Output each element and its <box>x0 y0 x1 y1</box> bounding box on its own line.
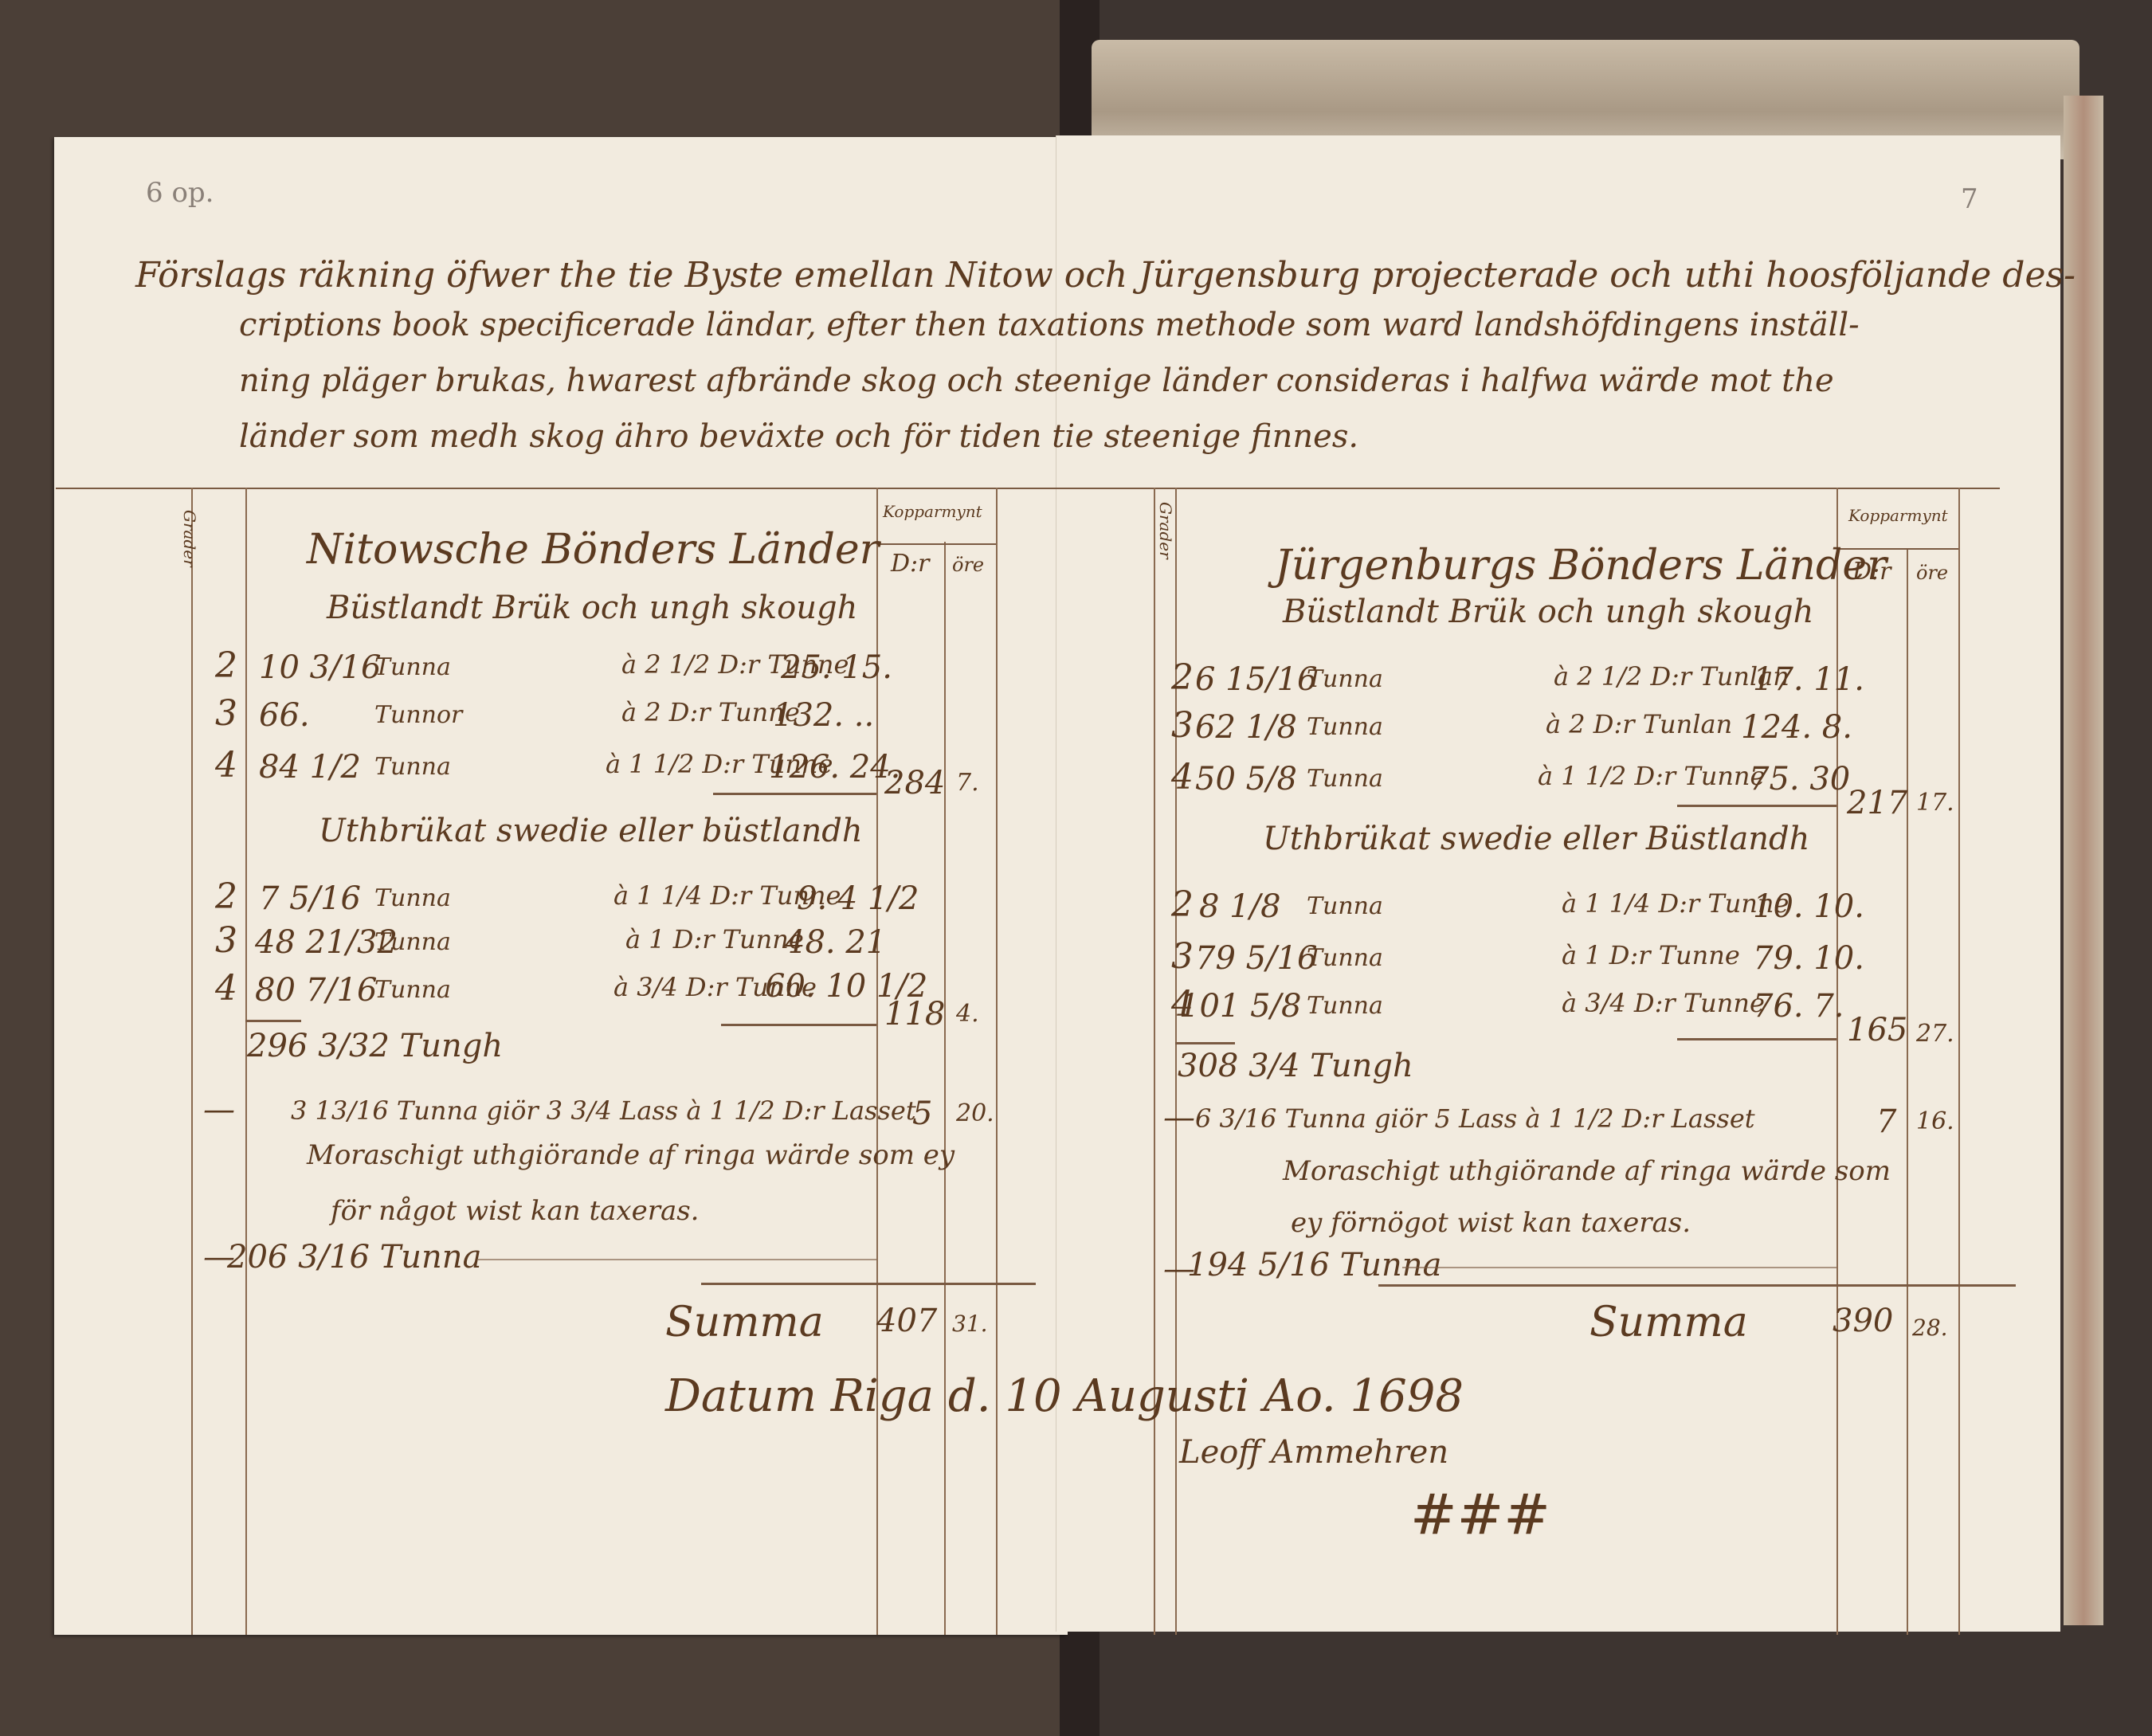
heading-line-1: Förslags räkning öfwer the tie Byste eme… <box>135 255 2076 296</box>
left-grade-column-line <box>191 488 193 1635</box>
right-s1-amount: 17. 11. <box>1753 661 1864 698</box>
left-s2-amount: 48. 21 <box>785 924 886 961</box>
left-s1-amount: 132. .. <box>773 697 874 734</box>
right-s2-grade: 3 <box>1171 936 1194 977</box>
right-s2-qty: 79 5/16 <box>1195 940 1317 977</box>
left-ore-column-line <box>944 542 946 1635</box>
right-value-header: Kopparmynt <box>1848 506 1948 525</box>
left-s1-grade: 2 <box>215 645 237 686</box>
right-s1-qty: 62 1/8 <box>1195 709 1297 746</box>
right-s1-qty: 50 5/8 <box>1195 761 1297 797</box>
left-total-land: 296 3/32 Tungh <box>247 1028 503 1064</box>
left-s1-grade: 4 <box>215 745 237 786</box>
right-summa-ore: 28. <box>1912 1315 1948 1341</box>
left-s2-unit: Tunna <box>374 976 451 1004</box>
left-s2-grade: 2 <box>215 876 237 917</box>
left-s1-unit: Tunna <box>374 653 451 681</box>
left-s1-subtotal-rule <box>713 793 876 795</box>
heading-line-3: ning pläger brukas, hwarest afbrände sko… <box>239 362 1834 399</box>
left-hay-daler: 5 <box>912 1095 932 1132</box>
left-hay-text: 3 13/16 Tunna giör 3 3/4 Lass à 1 1/2 D:… <box>291 1095 916 1126</box>
left-s1-grade: 3 <box>215 693 237 734</box>
left-summa-daler: 407 <box>876 1303 937 1339</box>
left-s2-amount: 9. 4 1/2 <box>797 880 919 917</box>
left-s2-grade: 4 <box>215 968 237 1009</box>
right-s1-subtotal-ore: 17. <box>1916 789 1954 817</box>
left-s2-unit: Tunna <box>374 884 451 912</box>
left-s2-qty: 80 7/16 <box>255 972 377 1009</box>
left-s2-subtotal-rule <box>721 1024 876 1026</box>
left-value-header: Kopparmynt <box>883 502 982 521</box>
right-s1-amount: 124. 8. <box>1741 709 1852 746</box>
left-summa-label: Summa <box>665 1299 824 1346</box>
right-s1-grade: 3 <box>1171 705 1194 746</box>
right-grade-column-line <box>1154 488 1155 1635</box>
right-s1-amount: 75. 30 <box>1749 761 1850 797</box>
left-summa-ore: 31. <box>952 1311 988 1337</box>
right-s2-rate: à 1 D:r Tunne <box>1562 940 1740 970</box>
left-s1-amount: 25. 15. <box>781 649 892 686</box>
right-s1-unit: Tunna <box>1307 713 1383 741</box>
right-s2-unit: Tunna <box>1307 992 1383 1020</box>
right-s2-qty: 101 5/8 <box>1179 988 1301 1025</box>
pencil-note: 6 op. <box>146 177 214 209</box>
right-summa-rule <box>1378 1284 2016 1287</box>
left-table-title: Nitowsche Bönders Länder <box>307 526 880 574</box>
right-s2-rate: à 3/4 D:r Tunne <box>1562 988 1765 1018</box>
left-s1-qty: 84 1/2 <box>259 749 361 786</box>
right-hay-mark: — <box>1163 1099 1195 1136</box>
page-stack-right-edge <box>2064 96 2103 1625</box>
right-s1-grade: 4 <box>1171 757 1194 797</box>
right-end-column-line <box>1958 488 1960 1635</box>
left-section1-title: Büstlandt Brük och ungh skough <box>327 590 857 626</box>
right-daler-column-line <box>1836 488 1838 1635</box>
right-section2-title: Uthbrükat swedie eller Büstlandh <box>1263 821 1809 857</box>
right-s2-amount: 79. 10. <box>1753 940 1864 977</box>
left-s2-rate: à 1 D:r Tunne <box>625 924 804 954</box>
right-marsh-text: 194 5/16 Tunna <box>1187 1247 1441 1283</box>
left-s1-unit: Tunna <box>374 753 451 781</box>
right-summa-label: Summa <box>1590 1299 1748 1346</box>
right-summa-daler: 390 <box>1833 1303 1893 1339</box>
left-s1-qty: 10 3/16 <box>259 649 381 686</box>
right-note-line-1: Moraschigt uthgiörande af ringa wärde so… <box>1283 1155 1891 1187</box>
right-s2-amount: 76. 7. <box>1753 988 1844 1025</box>
left-value-header-rule <box>876 543 996 545</box>
right-table-title: Jürgenburgs Bönders Länder <box>1275 542 1887 590</box>
left-s2-subtotal-daler: 118 <box>884 996 945 1033</box>
right-s2-subtotal-rule <box>1677 1038 1836 1040</box>
right-marsh-dash <box>1402 1267 1836 1268</box>
right-section1-title: Büstlandt Brük och ungh skough <box>1283 594 1813 630</box>
right-s2-subtotal-daler: 165 <box>1847 1012 1907 1048</box>
right-s2-unit: Tunna <box>1307 892 1383 920</box>
left-ore-header: öre <box>952 554 984 576</box>
right-s2-subtotal-ore: 27. <box>1916 1020 1954 1048</box>
right-s2-grade: 2 <box>1171 884 1194 925</box>
right-total-land: 308 3/4 Tungh <box>1178 1048 1413 1084</box>
right-s1-subtotal-daler: 217 <box>1847 785 1907 821</box>
right-hay-ore: 16. <box>1916 1107 1954 1135</box>
left-section2-title: Uthbrükat swedie eller büstlandh <box>319 813 863 849</box>
right-s1-rate: à 1 1/2 D:r Tunne <box>1538 761 1765 791</box>
left-s1-subtotal-daler: 284 <box>884 765 945 801</box>
signature-mark: ### <box>1410 1482 1550 1547</box>
left-note-line-1: Moraschigt uthgiörande af ringa wärde so… <box>307 1139 954 1171</box>
heading-line-2: criptions book specificerade ländar, eft… <box>239 307 1860 343</box>
left-s1-subtotal-ore: 7. <box>956 769 979 797</box>
right-total-rule <box>1175 1042 1235 1044</box>
left-s1-amount: 126. 24. <box>769 749 900 786</box>
right-s1-rate: à 2 D:r Tunlan <box>1546 709 1732 739</box>
right-s1-qty: 6 15/16 <box>1195 661 1317 698</box>
left-s2-qty: 7 5/16 <box>259 880 361 917</box>
left-summa-rule <box>701 1283 1036 1285</box>
right-hay-text: 6 3/16 Tunna giör 5 Lass à 1 1/2 D:r Las… <box>1195 1103 1755 1134</box>
left-s1-qty: 66. <box>259 697 310 734</box>
left-s1-unit: Tunnor <box>374 701 462 729</box>
right-s1-grade: 2 <box>1171 657 1194 698</box>
left-s2-unit: Tunna <box>374 928 451 956</box>
left-end-column-line <box>996 488 998 1635</box>
left-s2-grade: 3 <box>215 920 237 961</box>
right-s1-subtotal-rule <box>1677 805 1836 807</box>
left-note-line-2: för något wist kan taxeras. <box>331 1195 699 1227</box>
left-grade-header: Grader <box>180 510 199 567</box>
right-ore-header: öre <box>1916 562 1948 584</box>
left-daler-header: D:r <box>891 550 930 578</box>
left-marsh-text: 206 3/16 Tunna <box>227 1239 481 1276</box>
left-marsh-dash <box>478 1259 876 1260</box>
right-hay-daler: 7 <box>1876 1103 1896 1140</box>
right-ore-column-line <box>1907 548 1908 1635</box>
table-top-rule <box>56 488 2000 489</box>
left-s2-subtotal-ore: 4. <box>956 1000 979 1028</box>
date-line: Datum Riga d. 10 Augusti Ao. 1698 <box>665 1370 1464 1422</box>
right-s2-qty: 8 1/8 <box>1199 888 1281 925</box>
left-hay-mark: — <box>203 1091 235 1128</box>
left-total-rule <box>245 1020 301 1022</box>
page-number: 7 <box>1961 183 1978 215</box>
right-note-line-2: ey förnögot wist kan taxeras. <box>1291 1207 1691 1239</box>
heading-line-4: länder som medh skog ähro beväxte och fö… <box>239 418 1358 455</box>
right-s2-unit: Tunna <box>1307 944 1383 972</box>
right-grade-header: Grader <box>1156 502 1175 559</box>
right-s1-unit: Tunna <box>1307 765 1383 793</box>
right-s1-unit: Tunna <box>1307 665 1383 693</box>
signature: Leoff Ammehren <box>1179 1434 1448 1471</box>
left-hay-ore: 20. <box>956 1099 994 1127</box>
right-s2-amount: 10. 10. <box>1753 888 1864 925</box>
